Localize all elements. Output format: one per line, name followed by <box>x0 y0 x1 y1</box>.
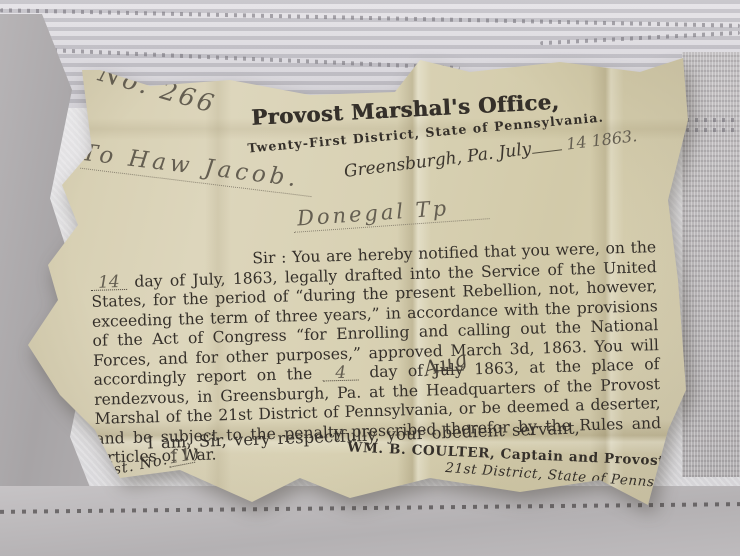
day-blank-1: 14 <box>91 275 127 290</box>
stitch-line <box>686 128 738 132</box>
stitch-line <box>686 118 738 122</box>
body-seg3: day of <box>369 361 423 380</box>
date-handwritten: 14 1863. <box>565 126 638 154</box>
place-printed: Greensburgh, Pa. July <box>343 139 533 182</box>
document-number: No. 266 <box>95 58 219 119</box>
day-handwritten-2: 4 <box>335 362 346 382</box>
township-name: Donegal Tp <box>292 193 490 233</box>
blank-line <box>530 137 561 154</box>
month-correction: JulyAug <box>433 360 464 380</box>
day-blank-2: 4 <box>323 366 359 381</box>
day-handwritten-1: 14 <box>98 271 120 292</box>
document-photo: No. 266 Provost Marshal's Office, Twenty… <box>25 48 693 510</box>
paper-sheet: No. 266 Provost Marshal's Office, Twenty… <box>25 48 693 510</box>
